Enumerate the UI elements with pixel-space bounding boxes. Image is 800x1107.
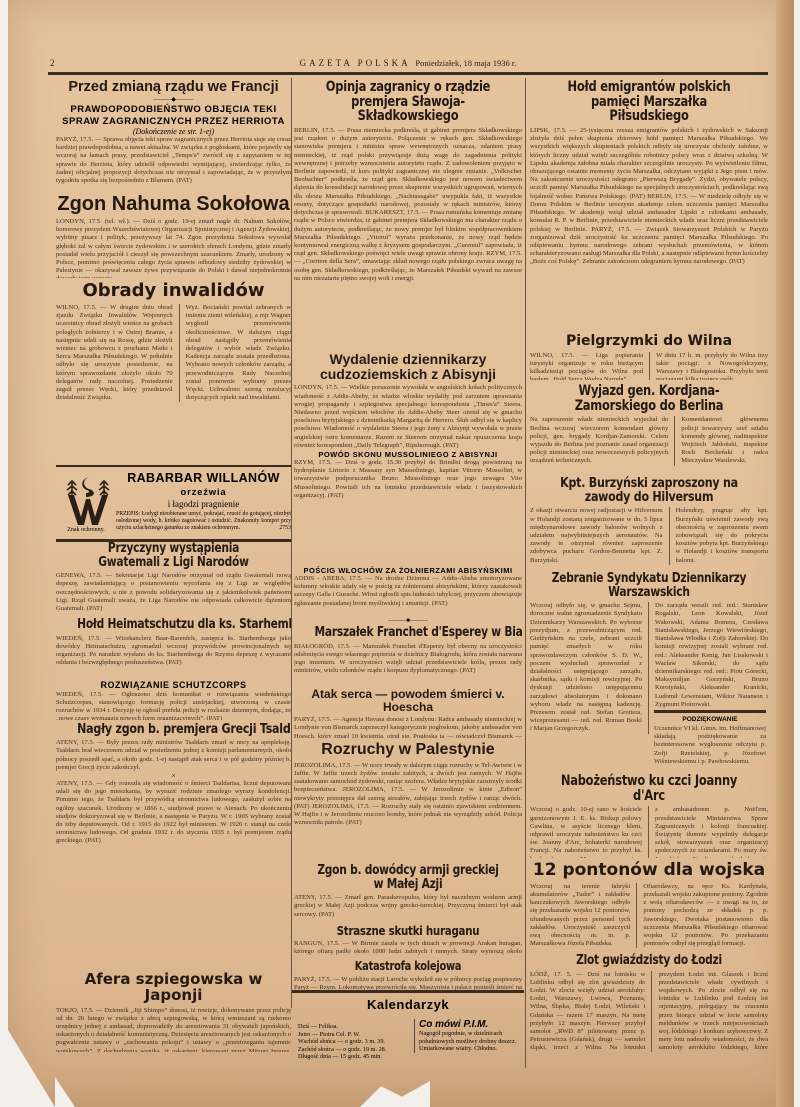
article-huragan: Straszne skutki huraganu RANGUN, 17.5. —… — [294, 922, 522, 958]
article-body: ATENY, 17.5. — Zmarł gen. Paraskevopulos… — [294, 894, 522, 919]
column-divider — [525, 78, 526, 1068]
article-poscig: POŚCIG WŁOCHÓW ZA ŻOŁNIERZAMI ABISYŃSKIM… — [294, 566, 522, 616]
headline: Obrady inwalidów — [56, 282, 291, 301]
article-body: PARYŻ, 17.5. — Sprawa objęcia teki spraw… — [56, 136, 291, 185]
article-body: BERLIN, 17.5. — Prasa niemiecka podkreśl… — [294, 127, 522, 283]
article-schutzcorps: ROZWIĄZANIE SCHUTZCORPS WIEDEŃ, 17.5. — … — [56, 680, 291, 720]
article-opinja-zagranicy: Opinja zagranicy o rządzie premjera Sław… — [294, 78, 522, 346]
article-body: RZYM, 17.5. — Dziś o godz. 15.30 przybył… — [294, 459, 522, 500]
article-body: ATENY, 17.5. — Były prezes rady ministró… — [56, 739, 291, 772]
article-sokolow: Zgon Nahuma Sokołowa LONDYN, 17.5. (tel.… — [56, 192, 291, 278]
article-franchet: ———■——— Marszałek Franchet d'Esperey w B… — [294, 618, 522, 684]
headline: Pielgrzymki do Wilna — [530, 334, 768, 349]
article-body: Ofiarodawcy, na ręce Ks. Kardynała, prze… — [643, 883, 768, 949]
article-grecja: Zgon b. dowódcy armji greckiej w Małej A… — [294, 862, 522, 920]
calendar-line: Jutro — Piotra Cel. P. W. — [298, 1031, 408, 1039]
headline: Rozruchy w Palestynie — [294, 742, 522, 759]
article-body: RANGUN, 17.5. — W Birmie zaszła w tych d… — [294, 940, 522, 958]
headline: Afera szpiegowska w Japonji — [56, 972, 291, 1004]
weather-forecast: Nagogół pogodnie, w dzielnicach południo… — [419, 1030, 529, 1053]
headline: Zgon Nahuma Sokołowa — [56, 194, 291, 215]
ad-number: 2753 — [279, 525, 291, 532]
headline: Nabożeństwo ku czci Joanny d'Arc — [551, 774, 746, 803]
article-body: BIAŁOGRÓD, 17.5. — Marszałek Franchet d'… — [294, 643, 522, 676]
article-tsaldaris: Nagły zgon b. premjera Grecji Tsaldarisa… — [56, 720, 291, 968]
subheadline: POŚCIG WŁOCHÓW ZA ŻOŁNIERZAMI ABISYŃSKIM… — [294, 566, 522, 575]
headline: Atak serca — powodem śmierci v. Hoescha — [294, 688, 522, 713]
torn-edge — [776, 0, 794, 1107]
headline: ROZWIĄZANIE SCHUTZCORPS — [56, 680, 291, 691]
calendar-title: Kalendarzyk — [292, 997, 524, 1012]
headline: Wyjazd gen. Kordjana-Zamorskiego do Berl… — [551, 384, 746, 413]
article-body: Wyż. Bociański powitał zebranych w imien… — [186, 304, 291, 402]
thanks-notice: PODZIĘKOWANIE Uczennice VI kl. Gimn. im.… — [654, 710, 766, 766]
article-body: LONDYN, 17.5. (tel. wł.). — Dziś o godz.… — [56, 218, 291, 278]
article-body: LIPSK, 17.5. — 25-tysięczna rzesza emigr… — [530, 127, 768, 266]
article-body: PARYŻ, 17.5. — W pobliżu stacji Laroche … — [294, 976, 522, 990]
masthead: 2 GAZETA POLSKA Poniedziałek, 18 maja 19… — [48, 58, 768, 72]
article-body: ŁÓDŹ, 17. 5. — Dziś na lotnisku w Lublin… — [530, 971, 645, 1052]
headline: Zgon b. dowódcy armji greckiej w Małej A… — [315, 864, 502, 891]
article-pielgrzymki: Pielgrzymki do Wilna WILNO, 17.5. — Liga… — [530, 332, 768, 380]
headline: Nagły zgon b. premjera Grecji Tsaldarisa — [77, 722, 270, 736]
article-pontony: 12 pontonów dla wojska Wczoraj na tereni… — [530, 860, 768, 952]
headline: 12 pontonów dla wojska — [530, 862, 768, 880]
article-body: PARYŻ, 17.5. — Agencja Havasa donosi z L… — [294, 716, 522, 738]
article-heimatschutz: Hołd Heimatschutzu dla ks. Starhemberga … — [56, 616, 291, 678]
ad-brand: RABARBAR WILLANÓW — [116, 471, 291, 485]
thanks-title: PODZIĘKOWANIE — [654, 716, 766, 723]
calendar-line: Wschód słońca — o godz. 3 m. 39. — [298, 1038, 408, 1046]
article-body: W dniu 17 b. m. przybyły do Wilna trzy t… — [656, 352, 768, 380]
headline: Zlot gwiaździsty do Łodzi — [551, 954, 746, 968]
headline: Opinja zagranicy o rządzie premjera Sław… — [315, 80, 502, 124]
headline: Wydalenie dziennikarzy cudzoziemskich z … — [294, 352, 522, 381]
article-kordjan: Wyjazd gen. Kordjana-Zamorskiego do Berl… — [530, 382, 768, 472]
article-body: Na zaproszenie władz niemieckich wyjecha… — [530, 416, 668, 465]
calendar-lines: Dziś — Feliksa. Jutro — Piotra Cel. P. W… — [298, 1023, 408, 1061]
weather-box: Co mówi P.I.M. Nagogół pogodnie, w dziel… — [414, 1019, 529, 1053]
article-zlot: Zlot gwiaździsty do Łodzi ŁÓDŹ, 17. 5. —… — [530, 952, 768, 1052]
headline: Marszałek Franchet d'Esperey w Białogrod… — [315, 626, 502, 640]
article-palestyna: Rozruchy w Palestynie JEROZOLIMA, 17.5. … — [294, 740, 522, 860]
ad-tagline: orzeźwia — [116, 487, 291, 498]
calendar-line: Dziś — Feliksa. — [298, 1023, 408, 1031]
article-body: Wczoraj na terenie fabryki akumulatorów … — [530, 883, 630, 949]
article-burzynski: Kpt. Burzyński zaproszony na zawody do H… — [530, 474, 768, 566]
article-body: WIEDEŃ, 17.5. — Ogłoszono dziś komunikat… — [56, 691, 291, 720]
headline: Hołd Heimatschutzu dla ks. Starhemberga — [77, 618, 270, 632]
calendar-box: Kalendarzyk Dziś — Feliksa. Jutro — Piot… — [292, 990, 524, 1018]
article-gwatemala: Przyczyny wystąpienia Gwatemali z Ligi N… — [56, 540, 291, 614]
article-hoesch: Atak serca — powodem śmierci v. Hoescha … — [294, 686, 522, 738]
article-body: JEROZOLIMA, 17.5. — W nocy trwały w dals… — [294, 762, 522, 828]
thanks-body: Uczennice VI kl. Gimn. im. Hoffmanowej s… — [654, 725, 766, 766]
article-joanna-darc: Nabożeństwo ku czci Joanny d'Arc Wczoraj… — [530, 772, 768, 858]
subheadline: POWÓD SKONU MUSSOLINIEGO Z ABISYNJI — [294, 450, 522, 459]
column-divider — [291, 78, 292, 1008]
article-body: LONDYN, 17.5. — Wielkie poruszenie wywoł… — [294, 384, 522, 450]
article-japonja: Afera szpiegowska w Japonji TOKJO, 17.5.… — [56, 970, 291, 1052]
article-body: Wczoraj odbyło się, w gmachu Sejmu, doro… — [530, 602, 642, 733]
article-body: WIEDEŃ, 17.5. — Wicekanclerz Baar-Barenf… — [56, 635, 291, 668]
continuation-note: (Dokończenie ze str. 1-ej) — [56, 127, 291, 136]
subheadline: PRAWDOPODOBIEŃSTWO OBJĘCIA TEKI SPRAW ZA… — [56, 104, 291, 127]
torn-corner — [0, 1017, 55, 1107]
article-body: TOKJO, 17.5. — Dziennik „Jiji Shimpo” do… — [56, 1007, 291, 1053]
masthead-rule — [48, 72, 768, 75]
headline: Zebranie Syndykatu Dziennikarzy Warszaws… — [551, 572, 746, 599]
article-body: prezydent Łodzi inż. Glaszek i liczni pr… — [658, 971, 768, 1052]
torn-corner — [55, 1077, 75, 1107]
headline: Przyczyny wystąpienia Gwatemali z Ligi N… — [77, 542, 270, 569]
newspaper-name: GAZETA POLSKA — [300, 58, 411, 68]
willanow-logo-icon — [62, 473, 114, 529]
article-body: WILNO, 17.5. — W drugim dniu obrad zjazd… — [56, 304, 173, 402]
article-body: GENEWA, 17.5. — Sekretarjat Ligi Narodów… — [56, 572, 291, 613]
article-body: Z okazji otwarcia nowej radjostacji w Hi… — [530, 507, 663, 564]
advertisement-rabarbar: Znak ochronny. RABARBAR WILLANÓW orzeźwi… — [56, 465, 291, 542]
calendar-line: Zachód słońca — o godz. 19 m. 28. — [298, 1046, 408, 1054]
issue-date: Poniedziałek, 18 maja 1936 r. — [415, 58, 516, 68]
headline: Straszne skutki huraganu — [315, 924, 502, 937]
article-body: ATENY, 17.5. — Gdy rozeszła się wiadomoś… — [56, 780, 291, 846]
ad-recipe: PRZEPIS: Łodygi nieobierane umyć, pokraj… — [116, 511, 291, 531]
headline: Hołd emigrantów polskich pamięci Marszał… — [551, 80, 746, 124]
article-abisynja: Wydalenie dziennikarzy cudzoziemskich z … — [294, 350, 522, 564]
article-body: Holendrzy, pragnąc aby kpt. Burzyński uś… — [676, 507, 768, 564]
article-body: ADDIS - ABEBA, 17.5. — Na drodze Dżimma … — [294, 575, 522, 608]
article-hold-emigrantow: Hołd emigrantów polskich pamięci Marszał… — [530, 78, 768, 330]
article-katastrofa: Katastrofa kolejowa PARYŻ, 17.5. — W pob… — [294, 958, 522, 990]
article-body: WILNO, 17.5. — Liga popierania turystyki… — [530, 352, 643, 380]
weather-title: Co mówi P.I.M. — [419, 1019, 529, 1030]
article-france: Przed zmianą rządu we Francji ———◆——— PR… — [56, 78, 291, 190]
article-inwalidzi: Obrady inwalidów WILNO, 17.5. — W drugim… — [56, 280, 291, 462]
ad-tagline: i łagodzi pragnienie — [116, 499, 291, 509]
calendar-line: Długość dnia — 15 godz. 45 min. — [298, 1053, 408, 1061]
headline: Przed zmianą rządu we Francji — [56, 80, 291, 95]
headline: Kpt. Burzyński zaproszony na zawody do H… — [551, 476, 746, 504]
article-body: Wczoraj o godz. 10-ej rano w kościele ga… — [530, 806, 642, 858]
article-body: Komendantowi głównemu policji towarzyszy… — [681, 416, 768, 465]
article-body: z ambasadorem p. Noël'em, przedstawiciel… — [655, 806, 768, 858]
logo-caption: Znak ochronny. — [56, 527, 116, 533]
headline: Katastrofa kolejowa — [315, 960, 502, 973]
